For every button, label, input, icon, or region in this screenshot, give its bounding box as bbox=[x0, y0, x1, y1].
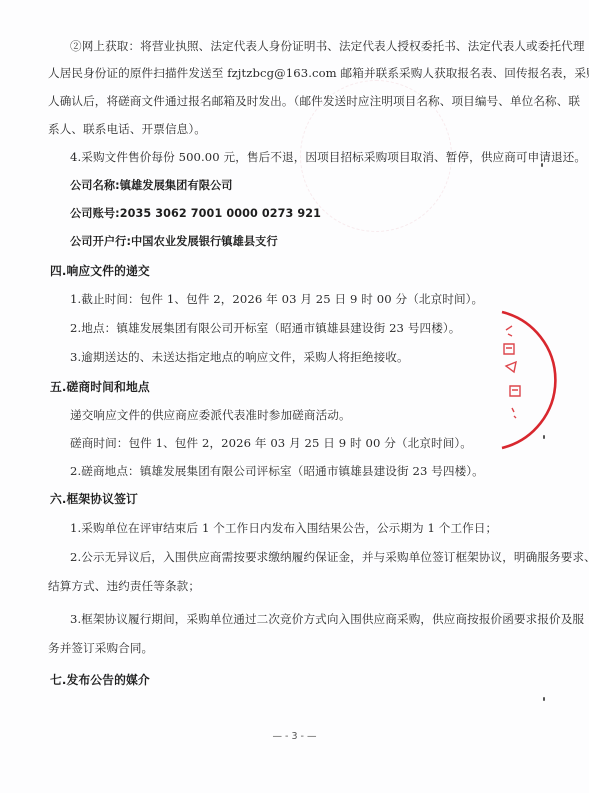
online-paragraph-line-2: 人居民身份证的原件扫描件发送至 fzjtzbcg@163.com 邮箱并联系采购… bbox=[48, 65, 530, 81]
company-name: 公司名称:镇雄发展集团有限公司 bbox=[70, 178, 552, 194]
page-number: — - 3 - — bbox=[0, 731, 589, 742]
online-paragraph-line-3: 人确认后，将磋商文件通过报名邮箱及时发出。（邮件发送时应注明项目名称、项目编号、… bbox=[48, 93, 530, 109]
section-5-item-3: 2.磋商地点：镇雄发展集团有限公司评标室（昭通市镇雄县建设街 23 号四楼）。 bbox=[70, 463, 552, 479]
price-item: 4.采购文件售价每份 500.00 元，售后不退，因项目招标采购项目取消、暂停，… bbox=[70, 149, 552, 165]
online-paragraph-line-4: 系人、联系电话、开票信息）。 bbox=[48, 121, 530, 137]
section-6-item-3-line-2: 务并签订采购合同。 bbox=[48, 640, 530, 656]
company-account: 公司账号:2035 3062 7001 0000 0273 921 bbox=[70, 206, 552, 222]
section-6-item-2-line-2: 结算方式、违约责任等条款； bbox=[48, 578, 530, 594]
section-6-item-1: 1.采购单位在评审结束后 1 个工作日内发布入围结果公告，公示期为 1 个工作日… bbox=[70, 520, 552, 536]
scan-speck bbox=[541, 163, 543, 167]
scan-speck bbox=[543, 697, 545, 701]
red-seal-stamp-icon bbox=[470, 300, 589, 460]
section-6-item-2-line-1: 2.公示无异议后，入围供应商需按要求缴纳履约保证金，并与采购单位签订框架协议，明… bbox=[70, 549, 552, 565]
section-6-heading: 六.框架协议签订 bbox=[50, 491, 532, 507]
company-bank: 公司开户行:中国农业发展银行镇雄县支行 bbox=[70, 234, 552, 250]
section-5-heading: 五.磋商时间和地点 bbox=[50, 379, 532, 395]
section-4-heading: 四.响应文件的递交 bbox=[50, 263, 532, 279]
section-6-item-3-line-1: 3.框架协议履行期间，采购单位通过二次竞价方式向入围供应商采购，供应商按报价函要… bbox=[70, 611, 552, 627]
document-page: ②网上获取：将营业执照、法定代表人身份证明书、法定代表人授权委托书、法定代表人或… bbox=[0, 0, 589, 793]
scan-speck bbox=[543, 435, 545, 439]
online-paragraph-line-1: ②网上获取：将营业执照、法定代表人身份证明书、法定代表人授权委托书、法定代表人或… bbox=[70, 38, 552, 54]
section-7-heading: 七.发布公告的媒介 bbox=[50, 672, 532, 688]
